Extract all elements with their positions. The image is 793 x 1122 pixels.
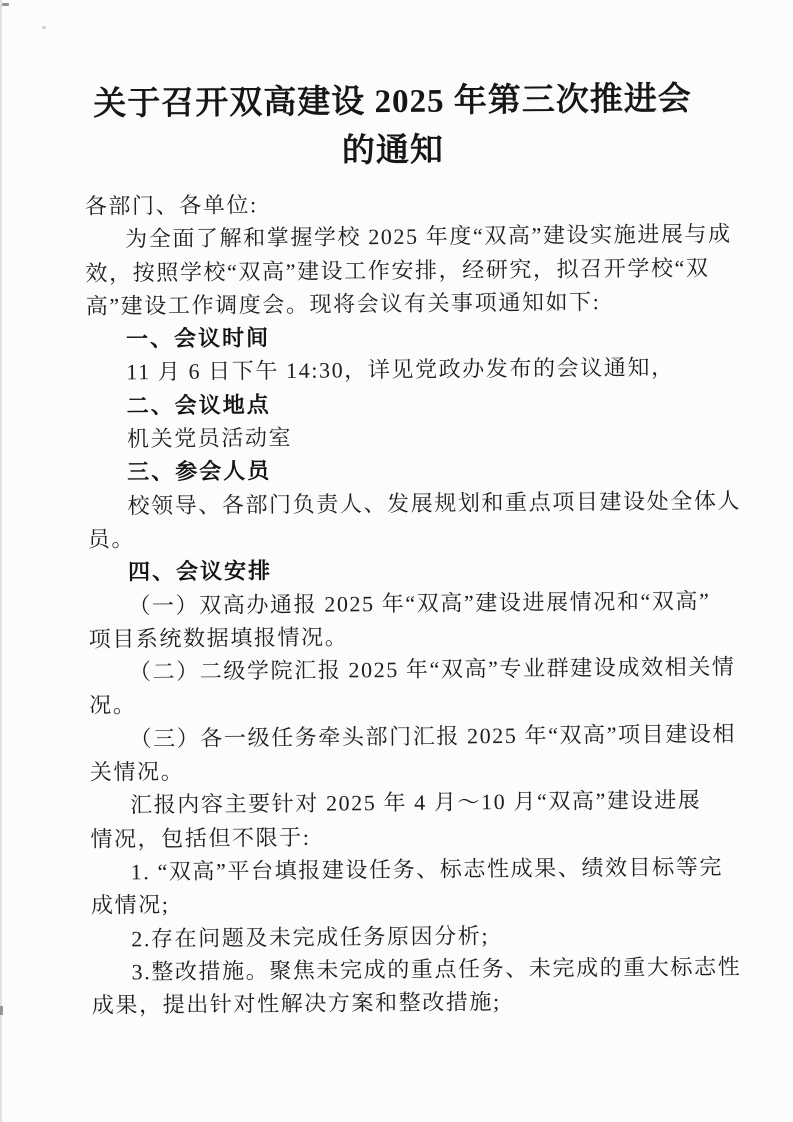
agenda-item-line: （二）二级学院汇报 2025 年“双高”专业群建设成效相关情 [89,650,734,689]
report-item-line: 3.整改措施。聚焦未完成的重点任务、未完成的重大标志性 [91,950,736,989]
document-title: 关于召开双高建设 2025 年第三次推进会 的通知 [0,75,790,180]
document-title-line-1: 关于召开双高建设 2025 年第三次推进会 [0,75,789,131]
report-item-line: 2.存在问题及未完成任务原因分析; [91,917,736,956]
agenda-item-line: （三）各一级任务牵头部门汇报 2025 年“双高”项目建设相 [89,717,734,756]
section-heading-agenda: 四、会议安排 [88,550,733,589]
meeting-place-line: 机关党员活动室 [87,417,732,456]
attendees-line: 员。 [88,517,733,556]
document-body: 各部门、各单位: 为全面了解和掌握学校 2025 年度“双高”建设实施进展与成 … [85,184,737,1022]
paragraph-line: 为全面了解和掌握学校 2025 年度“双高”建设实施进展与成 [85,217,730,256]
report-item-line: 1. “双高”平台填报建设任务、标志性成果、绩效目标等完 [91,850,736,889]
section-heading-meeting-place: 二、会议地点 [86,384,731,423]
agenda-item-line: 关情况。 [90,750,735,789]
section-heading-meeting-time: 一、会议时间 [86,317,731,356]
scanned-page: 关于召开双高建设 2025 年第三次推进会 的通知 各部门、各单位: 为全面了解… [0,0,793,1122]
paragraph-line: 效，按照学校“双高”建设工作安排，经研究，拟召开学校“双 [85,251,730,290]
salutation-line: 各部门、各单位: [85,184,730,223]
scan-artifact-speck [0,1006,3,1015]
attendees-line: 校领导、各部门负责人、发展规划和重点项目建设处全体人 [87,484,732,523]
paragraph-line: 高”建设工作调度会。现将会议有关事项通知如下: [86,284,731,323]
report-item-line: 成果，提出针对性解决方案和整改措施; [92,983,737,1022]
agenda-item-line: （一）双高办通报 2025 年“双高”建设进展情况和“双高” [88,584,733,623]
meeting-time-line: 11 月 6 日下午 14:30，详见党政办发布的会议通知， [86,351,731,390]
report-scope-line: 情况，包括但不限于: [90,817,735,856]
report-item-line: 成情况; [91,883,736,922]
report-scope-line: 汇报内容主要针对 2025 年 4 月～10 月“双高”建设进展 [90,783,735,822]
document-content: 关于召开双高建设 2025 年第三次推进会 的通知 各部门、各单位: 为全面了解… [0,0,793,1122]
agenda-item-line: 况。 [89,684,734,723]
section-heading-attendees: 三、参会人员 [87,450,732,489]
agenda-item-line: 项目系统数据填报情况。 [89,617,734,656]
document-title-line-2: 的通知 [0,124,790,180]
